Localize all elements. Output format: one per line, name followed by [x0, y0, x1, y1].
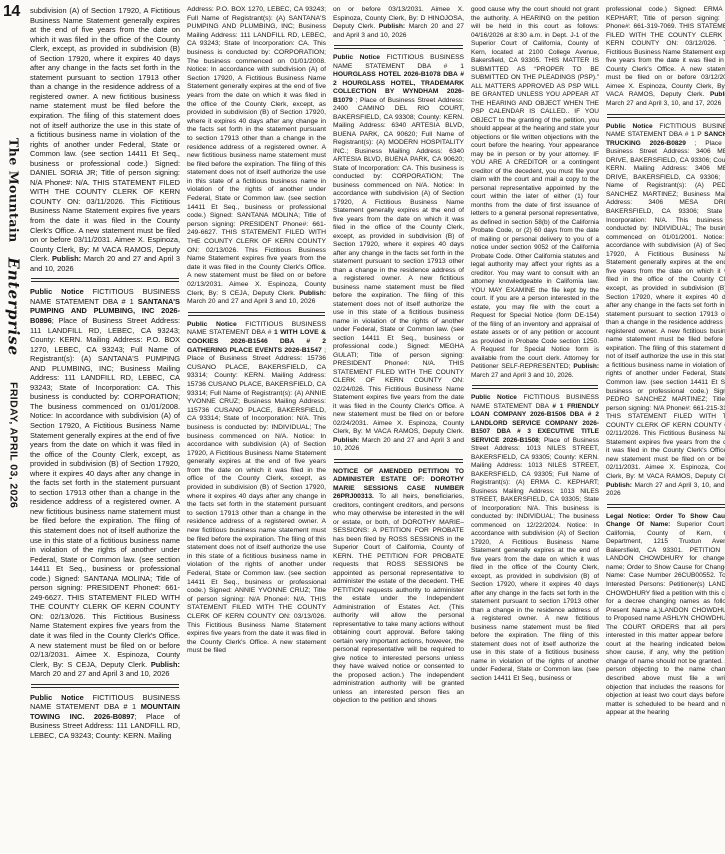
notice-column-2: Address: P.O. BOX 1270, LEBEC, CA 93243;… [187, 6, 326, 854]
notice-text-bold: Publish: [379, 23, 405, 30]
legal-notice: Public Notice FICTITIOUS BUSINESS NAME S… [333, 54, 464, 454]
notice-text-bold: Public Notice [606, 123, 653, 130]
notice-separator-rule [188, 312, 325, 316]
notice-text-bold: Publish: [606, 482, 632, 489]
legal-notice: on or before 03/13/2031. Aimee X. Espino… [333, 6, 464, 40]
notice-text: March 20 and 27 and April 3 and 10, 2026 [187, 298, 315, 305]
notice-text-bold: Public Notice [471, 394, 517, 401]
notice-column-5: professional code.) Signed: ERMA C. KEPH… [606, 6, 725, 854]
notice-text: ; Place of Business Street Address: 2400… [333, 97, 464, 436]
notice-column-1: subdivision (A) of Section 17920, A Fict… [30, 6, 180, 854]
notice-text: March 20 and 27 and April 3 and 10, 2026 [30, 669, 169, 678]
notice-text: To all heirs, beneficiaries, creditors, … [333, 493, 464, 704]
newspaper-title-prefix: The Mountain [7, 138, 22, 243]
notice-text-bold: Publish: [151, 660, 180, 669]
notice-separator-rule [334, 459, 463, 463]
notice-text-bold: Public Notice [187, 321, 237, 328]
notice-text: good cause why the court should not gran… [471, 6, 599, 370]
notice-text-bold: Public Notice [333, 54, 380, 61]
notice-text: Superior Court of California, County of … [606, 521, 725, 716]
newspaper-title-name: Enterprise [5, 257, 23, 356]
notice-column-3: on or before 03/13/2031. Aimee X. Espino… [333, 6, 464, 854]
notice-text-bold: Publish: [710, 91, 725, 98]
notice-text: subdivision (A) of Section 17920, A Fict… [30, 6, 180, 263]
notice-separator-rule [472, 385, 598, 389]
legal-notice: Address: P.O. BOX 1270, LEBEC, CA 93243;… [187, 6, 326, 307]
notice-separator-rule [334, 45, 463, 49]
notice-separator-rule [31, 684, 179, 688]
newspaper-page: 14 The Mountain Enterprise FRIDAY, APRIL… [0, 0, 725, 854]
legal-notice: Public Notice FICTITIOUS BUSINESS NAME S… [187, 321, 326, 656]
legal-notice: Public Notice FICTITIOUS BUSINESS NAME S… [30, 693, 180, 741]
notice-text-bold: Publish: [52, 254, 81, 263]
notice-text: ; Place of Business Street Address: 1013… [471, 437, 599, 682]
legal-notice: Public Notice FICTITIOUS BUSINESS NAME S… [30, 287, 180, 678]
legal-notice-columns: subdivision (A) of Section 17920, A Fict… [27, 0, 725, 854]
notice-text: professional code.) Signed: ERMA C. KEPH… [606, 6, 725, 98]
notice-text-bold: Publish: [299, 290, 326, 297]
legal-notice: subdivision (A) of Section 17920, A Fict… [30, 6, 180, 273]
notice-text-bold: Publish: [573, 363, 599, 370]
legal-notice: good cause why the court should not gran… [471, 6, 599, 380]
legal-notice: NOTICE OF AMENDED PETITION TO ADMINISTER… [333, 468, 464, 706]
notice-column-4: good cause why the court should not gran… [471, 6, 599, 854]
notice-text: ; Place of Business Street Address: 111 … [30, 316, 180, 669]
notice-text: ; Place of Business Street Address: 1573… [187, 347, 326, 655]
notice-separator-rule [31, 278, 179, 282]
notice-text: March 27 and April 3 and 10, 2026. [471, 372, 574, 379]
issue-date: FRIDAY, APRIL 03, 2026 [8, 382, 20, 508]
notice-separator-rule [607, 114, 725, 118]
masthead-rail: 14 The Mountain Enterprise FRIDAY, APRIL… [0, 0, 27, 854]
notice-text-bold: Publish: [333, 437, 359, 444]
legal-notice: Public Notice FICTITIOUS BUSINESS NAME S… [606, 123, 725, 499]
notice-separator-rule [607, 504, 725, 508]
page-number: 14 [0, 0, 20, 20]
legal-notice: Public Notice FICTITIOUS BUSINESS NAME S… [471, 394, 599, 683]
legal-notice: professional code.) Signed: ERMA C. KEPH… [606, 6, 725, 109]
notice-text: March 27 and April 3, 10, and 17, 2026 [606, 100, 721, 107]
notice-text-bold: Public Notice [30, 287, 84, 296]
newspaper-title: The Mountain Enterprise [5, 138, 23, 356]
notice-text: Address: P.O. BOX 1270, LEBEC, CA 93243;… [187, 6, 326, 297]
legal-notice: Legal Notice: Order To Show Cause– Chang… [606, 513, 725, 718]
notice-text: ; Place of Business Street Address: 3406… [606, 140, 725, 480]
notice-text-bold: Public Notice [30, 693, 84, 702]
